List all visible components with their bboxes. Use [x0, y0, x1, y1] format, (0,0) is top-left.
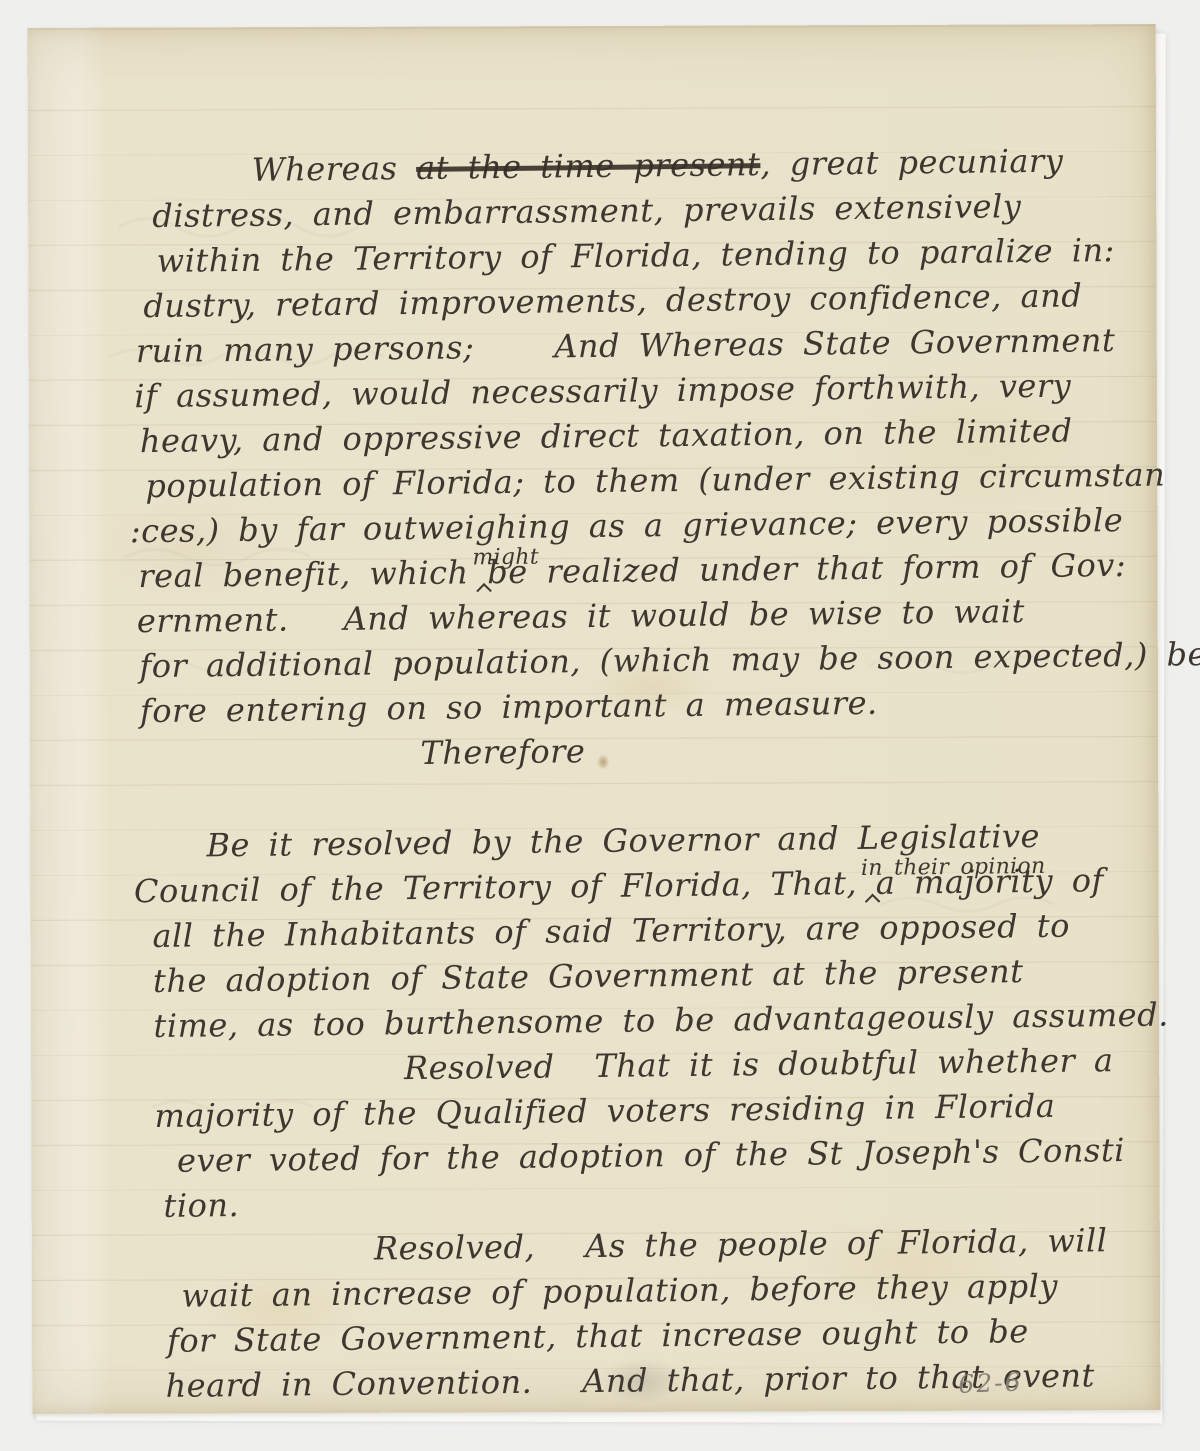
- manuscript-page: Whereas at the time present, great pecun…: [28, 24, 1161, 1414]
- manuscript-line: Therefore: [420, 723, 1138, 776]
- handwritten-text: :ces,) by far outweighing as a grievance…: [130, 501, 1124, 550]
- handwritten-text: Council of the Territory of Florida, Tha…: [134, 864, 858, 910]
- handwritten-text: And whereas it would be wise to wait: [343, 592, 1025, 638]
- handwritten-text: real benefit, which: [138, 553, 469, 595]
- handwritten-text: within the Territory of Florida, tending…: [157, 231, 1115, 280]
- handwritten-text: wait an increase of population, before t…: [181, 1267, 1058, 1315]
- handwritten-text: ernment.: [137, 600, 289, 640]
- handwritten-text: for additional population, (which may be…: [139, 635, 1200, 685]
- handwritten-text: Resolved: [404, 1047, 555, 1087]
- handwritten-text: Whereas: [252, 149, 417, 189]
- handwritten-text: , great pecuniary: [760, 142, 1063, 183]
- handwritten-text: heavy, and oppressive direct taxation, o…: [140, 412, 1073, 461]
- handwritten-text: heard in Convention.: [165, 1363, 532, 1405]
- handwritten-text: be realized under that form of Gov:: [468, 546, 1126, 591]
- handwritten-text: ruin many persons;: [136, 328, 475, 370]
- handwritten-text: And Whereas State Government: [554, 321, 1115, 365]
- handwritten-text: if assumed, would necessarily impose for…: [134, 367, 1071, 416]
- handwritten-text: Therefore: [420, 732, 585, 772]
- handwritten-text: distress, and embarrassment, prevails ex…: [152, 187, 1021, 235]
- handwritten-text: tion.: [163, 1186, 239, 1225]
- struck-out-text: at the time present: [416, 145, 761, 187]
- handwritten-text: all the Inhabitants of said Territory, a…: [152, 907, 1070, 955]
- handwritten-text: That it is doubtful whether a: [594, 1041, 1114, 1085]
- handwritten-text: the adoption of State Government at the …: [153, 952, 1024, 1000]
- handwritten-text: majority of the Qualified voters residin…: [154, 1087, 1055, 1135]
- handwritten-text: population of Florida; to them (under ex…: [145, 456, 1165, 506]
- handwritten-text: fore entering on so important a measure.: [140, 684, 878, 730]
- handwritten-text: As the people of Florida, will: [585, 1221, 1108, 1265]
- manuscript-text: Whereas at the time present, great pecun…: [22, 20, 1166, 1411]
- handwritten-text: time, as too burthensome to be advantage…: [153, 996, 1169, 1046]
- handwritten-text: dustry, retard improvements, destroy con…: [143, 276, 1082, 325]
- page-number-notation: 62-6: [958, 1367, 1023, 1398]
- handwritten-text: ever voted for the adoption of the St Jo…: [177, 1131, 1125, 1180]
- stamp-smudge: [587, 1351, 697, 1411]
- handwritten-text: Resolved,: [374, 1228, 536, 1268]
